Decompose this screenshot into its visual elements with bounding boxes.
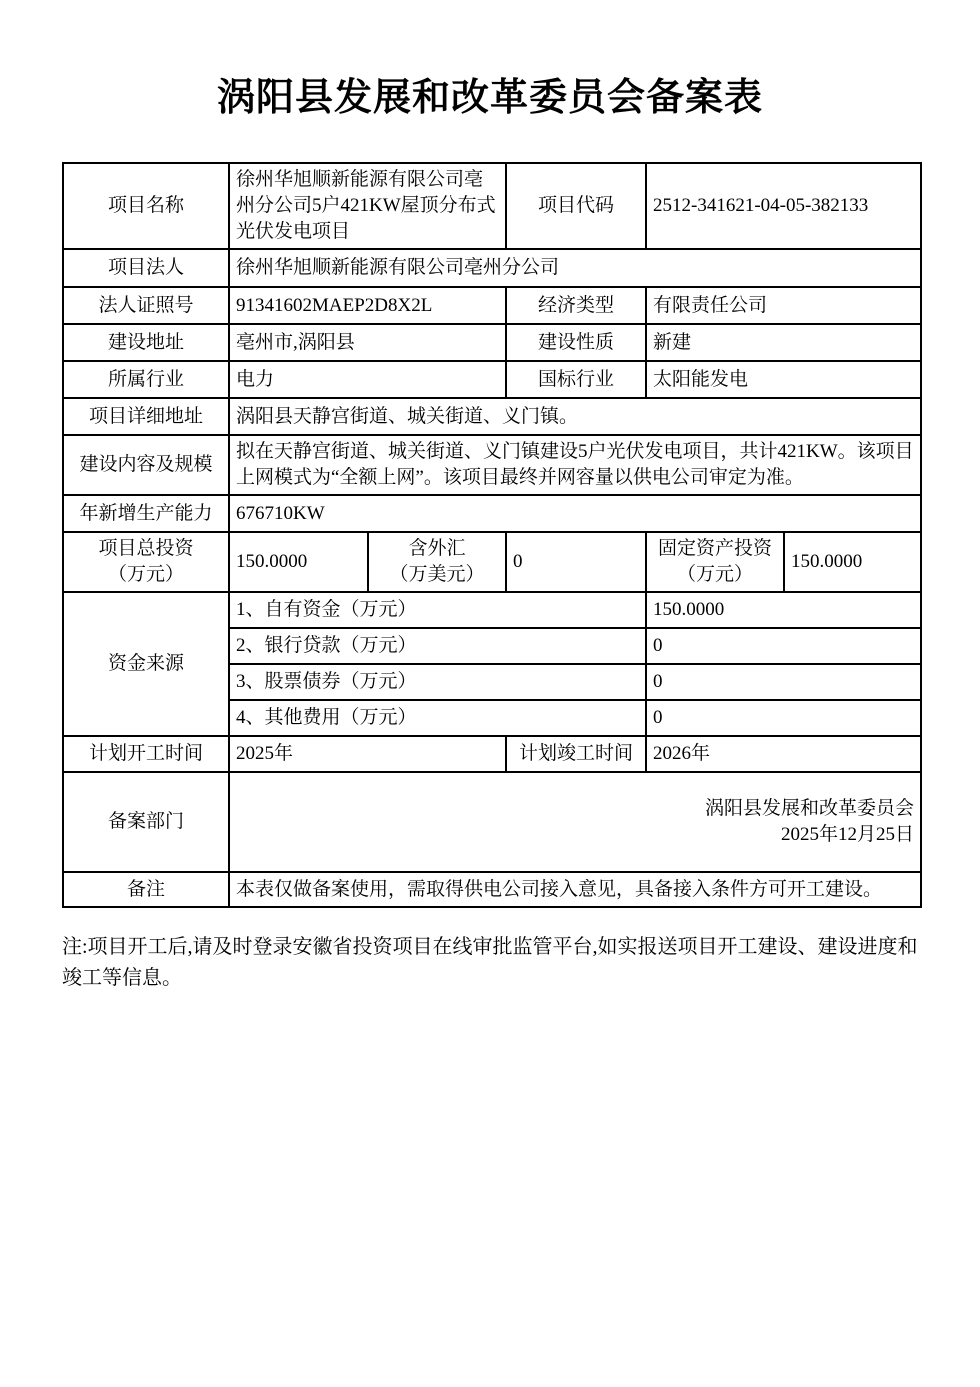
row-new-capacity: 年新增生产能力 676710KW: [63, 495, 921, 532]
funding-other-name: 4、其他费用（万元）: [229, 700, 646, 736]
funding-source-label: 资金来源: [63, 592, 229, 736]
project-name-value: 徐州华旭顺新能源有限公司亳州分公司5户421KW屋顶分布式光伏发电项目: [229, 163, 506, 249]
total-investment-label: 项目总投资 （万元）: [63, 532, 229, 592]
detail-address-value: 涡阳县天静宫街道、城关街道、义门镇。: [229, 398, 921, 435]
row-funding-own: 资金来源 1、自有资金（万元） 150.0000: [63, 592, 921, 628]
content-scale-value: 拟在天静宫街道、城关街道、义门镇建设5户光伏发电项目，共计421KW。该项目上网…: [229, 435, 921, 495]
license-no-label: 法人证照号: [63, 287, 229, 324]
row-investment: 项目总投资 （万元） 150.0000 含外汇 （万美元） 0 固定资产投资 （…: [63, 532, 921, 592]
planned-completion-label: 计划竣工时间: [506, 736, 646, 772]
detail-address-label: 项目详细地址: [63, 398, 229, 435]
row-remarks: 备注 本表仅做备案使用，需取得供电公司接入意见，具备接入条件方可开工建设。: [63, 872, 921, 907]
build-address-value: 亳州市,涡阳县: [229, 324, 506, 361]
funding-stock-name: 3、股票债券（万元）: [229, 664, 646, 700]
row-schedule: 计划开工时间 2025年 计划竣工时间 2026年: [63, 736, 921, 772]
license-no-value: 91341602MAEP2D8X2L: [229, 287, 506, 324]
funding-bank-name: 2、银行贷款（万元）: [229, 628, 646, 664]
row-legal-person: 项目法人 徐州华旭顺新能源有限公司亳州分公司: [63, 249, 921, 287]
fixed-assets-value: 150.0000: [784, 532, 921, 592]
planned-start-label: 计划开工时间: [63, 736, 229, 772]
national-industry-value: 太阳能发电: [646, 361, 921, 398]
row-content-scale: 建设内容及规模 拟在天静宫街道、城关街道、义门镇建设5户光伏发电项目，共计421…: [63, 435, 921, 495]
project-code-value: 2512-341621-04-05-382133: [646, 163, 921, 249]
new-capacity-label: 年新增生产能力: [63, 495, 229, 532]
row-filing-department: 备案部门 涡阳县发展和改革委员会 2025年12月25日: [63, 772, 921, 872]
build-nature-label: 建设性质: [506, 324, 646, 361]
planned-start-value: 2025年: [229, 736, 506, 772]
industry-value: 电力: [229, 361, 506, 398]
legal-person-value: 徐州华旭顺新能源有限公司亳州分公司: [229, 249, 921, 287]
remarks-label: 备注: [63, 872, 229, 907]
total-investment-value: 150.0000: [229, 532, 368, 592]
economic-type-value: 有限责任公司: [646, 287, 921, 324]
industry-label: 所属行业: [63, 361, 229, 398]
build-nature-value: 新建: [646, 324, 921, 361]
fixed-assets-label: 固定资产投资 （万元）: [646, 532, 784, 592]
footnote: 注:项目开工后,请及时登录安徽省投资项目在线审批监管平台,如实报送项目开工建设、…: [62, 932, 920, 994]
row-license: 法人证照号 91341602MAEP2D8X2L 经济类型 有限责任公司: [63, 287, 921, 324]
economic-type-label: 经济类型: [506, 287, 646, 324]
project-code-label: 项目代码: [506, 163, 646, 249]
new-capacity-value: 676710KW: [229, 495, 921, 532]
funding-own-value: 150.0000: [646, 592, 921, 628]
funding-bank-value: 0: [646, 628, 921, 664]
row-project-name: 项目名称 徐州华旭顺新能源有限公司亳州分公司5户421KW屋顶分布式光伏发电项目…: [63, 163, 921, 249]
remarks-value: 本表仅做备案使用，需取得供电公司接入意见，具备接入条件方可开工建设。: [229, 872, 921, 907]
row-industry: 所属行业 电力 国标行业 太阳能发电: [63, 361, 921, 398]
national-industry-label: 国标行业: [506, 361, 646, 398]
page-title: 涡阳县发展和改革委员会备案表: [0, 0, 980, 120]
row-build-address: 建设地址 亳州市,涡阳县 建设性质 新建: [63, 324, 921, 361]
funding-stock-value: 0: [646, 664, 921, 700]
planned-completion-value: 2026年: [646, 736, 921, 772]
foreign-exchange-value: 0: [506, 532, 646, 592]
project-name-label: 项目名称: [63, 163, 229, 249]
row-detail-address: 项目详细地址 涡阳县天静宫街道、城关街道、义门镇。: [63, 398, 921, 435]
content-scale-label: 建设内容及规模: [63, 435, 229, 495]
funding-own-name: 1、自有资金（万元）: [229, 592, 646, 628]
funding-other-value: 0: [646, 700, 921, 736]
filing-department-date: 2025年12月25日: [236, 822, 914, 848]
filing-form-table: 项目名称 徐州华旭顺新能源有限公司亳州分公司5户421KW屋顶分布式光伏发电项目…: [62, 162, 922, 908]
filing-department-content: 涡阳县发展和改革委员会 2025年12月25日: [229, 772, 921, 872]
filing-department-org: 涡阳县发展和改革委员会: [236, 796, 914, 822]
filing-department-label: 备案部门: [63, 772, 229, 872]
legal-person-label: 项目法人: [63, 249, 229, 287]
build-address-label: 建设地址: [63, 324, 229, 361]
foreign-exchange-label: 含外汇 （万美元）: [368, 532, 506, 592]
